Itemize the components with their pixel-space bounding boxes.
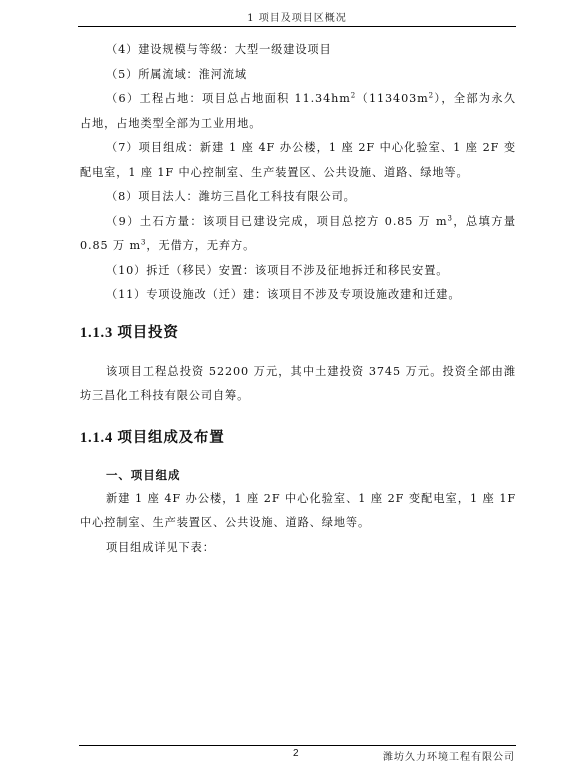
document-page: 1 项目及项目区概况 （4）建设规模与等级：大型一级建设项目 （5）所属流域：淮… [0,0,584,780]
item-land-occupation: （6）工程占地：项目总占地面积 11.34hm2（113403m2），全部为永久… [80,87,516,136]
composition-paragraph: 新建 1 座 4F 办公楼，1 座 2F 中心化验室、1 座 2F 变配电室，1… [80,487,516,536]
item-resettlement: （10）拆迁（移民）安置：该项目不涉及征地拆迁和移民安置。 [80,259,516,284]
footer-company: 潍坊久力环境工程有限公司 [383,748,515,763]
item-project-composition: （7）项目组成：新建 1 座 4F 办公楼，1 座 2F 中心化验室、1 座 2… [80,136,516,185]
investment-paragraph: 该项目工程总投资 52200 万元，其中土建投资 3745 万元。投资全部由潍坊… [80,360,516,409]
item-construction-scale: （4）建设规模与等级：大型一级建设项目 [80,38,516,63]
footer-rule [79,745,516,746]
running-header: 1 项目及项目区概况 [78,9,516,24]
section-heading-investment: 1.1.3 项目投资 [80,322,516,344]
composition-table-reference: 项目组成详见下表： [80,536,516,561]
item-special-facilities: （11）专项设施改（迁）建：该项目不涉及专项设施改建和迁建。 [80,283,516,308]
page-number: 2 [293,748,299,759]
item-legal-entity: （8）项目法人：潍坊三昌化工科技有限公司。 [80,185,516,210]
section-heading-composition-layout: 1.1.4 项目组成及布置 [80,427,516,449]
subheading-project-composition: 一、项目组成 [80,463,516,487]
header-rule [78,26,516,27]
item-river-basin: （5）所属流域：淮河流域 [80,63,516,88]
item-earthwork: （9）土石方量：该项目已建设完成，项目总挖方 0.85 万 m3，总填方量 0.… [80,210,516,259]
document-body: （4）建设规模与等级：大型一级建设项目 （5）所属流域：淮河流域 （6）工程占地… [80,38,516,560]
